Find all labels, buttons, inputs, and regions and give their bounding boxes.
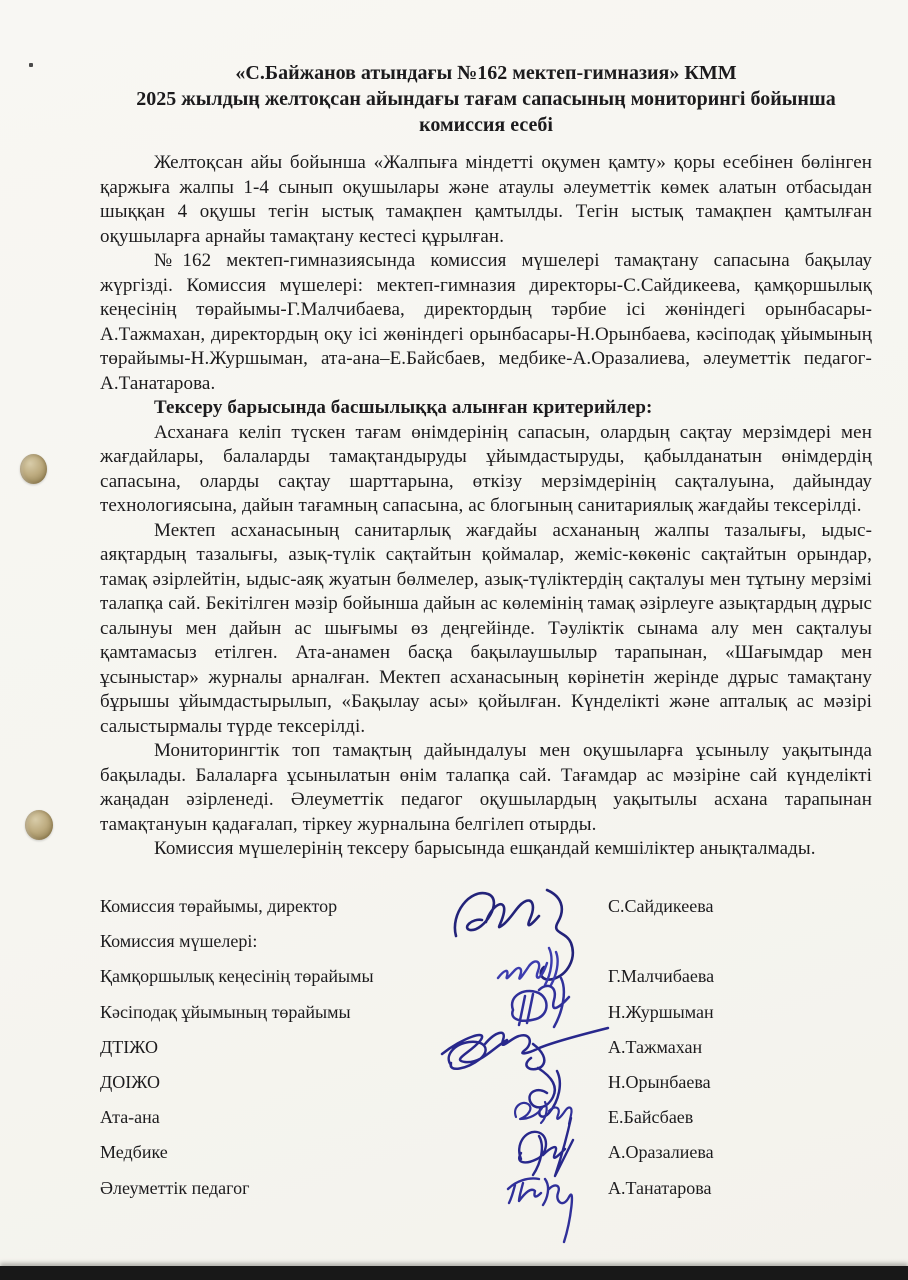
document-body: «С.Байжанов атындағы №162 мектеп-гимнази… bbox=[100, 60, 872, 862]
paper-fastener-bottom bbox=[25, 810, 53, 840]
scan-edge bbox=[0, 1266, 908, 1280]
signature-block: Комиссия төрайымы, директор С.Сайдикеева… bbox=[100, 896, 872, 1213]
paragraph-conclusion: Комиссия мүшелерінің тексеру барысында е… bbox=[100, 837, 872, 862]
signer-name: Г.Малчибаева bbox=[608, 966, 714, 987]
title-line-2: 2025 жылдың желтоқсан айындағы тағам сап… bbox=[100, 86, 872, 112]
scanned-document-page: «С.Байжанов атындағы №162 мектеп-гимнази… bbox=[0, 0, 908, 1280]
criteria-heading: Тексеру барысында басшылыққа алынған кри… bbox=[100, 396, 872, 421]
signature-row: Әлеуметтік педагог А.Танатарова bbox=[100, 1178, 872, 1213]
signature-row: ДОІЖО Н.Орынбаева bbox=[100, 1072, 872, 1107]
signature-row: Медбике А.Оразалиева bbox=[100, 1142, 872, 1177]
title-line-1: «С.Байжанов атындағы №162 мектеп-гимнази… bbox=[100, 60, 872, 86]
signature-row: Кәсіподақ ұйымының төрайымы Н.Журшыман bbox=[100, 1002, 872, 1037]
paragraph-canteen-condition: Мектеп асханасының санитарлық жағдайы ас… bbox=[100, 519, 872, 740]
signer-role: Комиссия мүшелері: bbox=[100, 931, 257, 952]
signer-role: Ата-ана bbox=[100, 1107, 160, 1128]
title-line-3: комиссия есебі bbox=[100, 112, 872, 138]
signature-row: Комиссия төрайымы, директор С.Сайдикеева bbox=[100, 896, 872, 931]
signer-name: Е.Байсбаев bbox=[608, 1107, 693, 1128]
signer-name: Н.Орынбаева bbox=[608, 1072, 711, 1093]
document-title: «С.Байжанов атындағы №162 мектеп-гимнази… bbox=[100, 60, 872, 138]
signer-role: ДОІЖО bbox=[100, 1072, 160, 1093]
signer-name: С.Сайдикеева bbox=[608, 896, 713, 917]
signer-role: Комиссия төрайымы, директор bbox=[100, 896, 337, 917]
signer-role: ДТІЖО bbox=[100, 1037, 158, 1058]
signer-role: Әлеуметтік педагог bbox=[100, 1178, 250, 1199]
signature-row: ДТІЖО А.Тажмахан bbox=[100, 1037, 872, 1072]
paragraph-criteria: Асханаға келіп түскен тағам өнімдерінің … bbox=[100, 421, 872, 519]
paragraph-intro: Желтоқсан айы бойынша «Жалпыға міндетті … bbox=[100, 151, 872, 249]
signer-role: Медбике bbox=[100, 1142, 168, 1163]
signer-role: Қамқоршылық кеңесінің төрайымы bbox=[100, 966, 374, 987]
signer-name: А.Танатарова bbox=[608, 1178, 712, 1199]
signer-name: Н.Журшыман bbox=[608, 1002, 714, 1023]
signature-row: Ата-ана Е.Байсбаев bbox=[100, 1107, 872, 1142]
paragraph-monitoring-group: Мониторингтік топ тамақтың дайындалуы ме… bbox=[100, 739, 872, 837]
ink-speck bbox=[29, 63, 33, 67]
paper-fastener-top bbox=[20, 454, 47, 484]
signature-row: Комиссия мүшелері: bbox=[100, 931, 872, 966]
signer-name: А.Тажмахан bbox=[608, 1037, 702, 1058]
paragraph-commission-members: №162 мектеп-гимназиясында комиссия мүшел… bbox=[100, 249, 872, 396]
signer-name: А.Оразалиева bbox=[608, 1142, 714, 1163]
signer-role: Кәсіподақ ұйымының төрайымы bbox=[100, 1002, 351, 1023]
signature-row: Қамқоршылық кеңесінің төрайымы Г.Малчиба… bbox=[100, 966, 872, 1001]
